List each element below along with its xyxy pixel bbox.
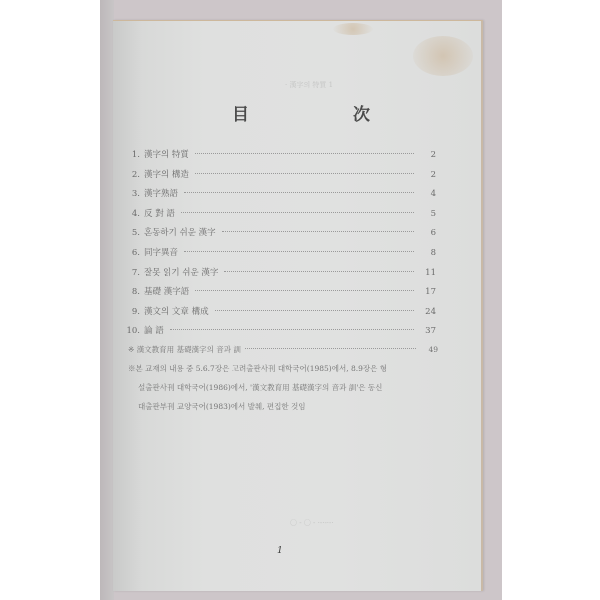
toc-number: 3. (118, 189, 144, 199)
leader-dots (245, 348, 416, 349)
leader-dots (170, 329, 414, 330)
toc-label: 잘못 읽기 쉬운 漢字 (144, 266, 224, 278)
source-note-line: ※본 교재의 내용 중 5.6.7장은 고려출판사刊 대학국어(1985)에서,… (128, 359, 438, 378)
toc-entry: 6.同字異音8 (118, 246, 436, 266)
toc-page-number: 5 (422, 209, 436, 219)
leader-dots (195, 290, 414, 291)
toc-entry: 1.漢字의 特質2 (118, 148, 436, 168)
page-stain (333, 23, 373, 35)
leader-dots (222, 231, 414, 232)
toc-label: 漢字熟語 (144, 187, 184, 199)
page-title: 目 次 (232, 100, 372, 125)
toc-number: 10. (118, 326, 144, 336)
toc-page-number: 4 (422, 189, 436, 199)
appendix-entry: ※ 漢文教育用 基礎漢字의 音과 訓 49 (128, 340, 438, 359)
toc-label: 漢文의 文章 構成 (144, 305, 215, 317)
table-of-contents: 1.漢字의 特質22.漢字의 構造23.漢字熟語44.反 對 語55.혼동하기 … (118, 148, 436, 344)
toc-entry: 8.基礎 漢字語17 (118, 285, 436, 305)
toc-label: 反 對 語 (144, 207, 181, 219)
toc-number: 5. (118, 228, 144, 238)
toc-page-number: 17 (422, 287, 436, 297)
leader-dots (184, 251, 414, 252)
toc-label: 基礎 漢字語 (144, 285, 195, 297)
toc-number: 6. (118, 248, 144, 258)
toc-label: 論 語 (144, 324, 170, 336)
toc-label: 혼동하기 쉬운 漢字 (144, 226, 222, 238)
appendix-page: 49 (424, 340, 438, 359)
toc-page-number: 8 (422, 248, 436, 258)
notes-section: ※ 漢文教育用 基礎漢字의 音과 訓 49 ※본 교재의 내용 중 5.6.7장… (128, 340, 438, 416)
page-stain (413, 36, 473, 76)
bleed-through-diagram: 〇 - 〇 - ·-·-·-· (290, 518, 334, 528)
title-char-1: 目 (232, 100, 251, 125)
leader-dots (224, 271, 414, 272)
leader-dots (195, 153, 414, 154)
source-note-line: 설출판사刊 대학국어(1986)에서, '漢文教育用 基礎漢字의 音과 訓'은 … (128, 378, 438, 397)
toc-entry: 2.漢字의 構造2 (118, 168, 436, 188)
toc-entry: 3.漢字熟語4 (118, 187, 436, 207)
toc-page-number: 24 (422, 307, 436, 317)
title-char-2: 次 (353, 100, 372, 125)
binding-shadow (100, 0, 114, 600)
toc-number: 1. (118, 150, 144, 160)
toc-number: 9. (118, 307, 144, 317)
reference-mark: ※ (128, 340, 134, 359)
leader-dots (215, 310, 414, 311)
toc-label: 漢字의 構造 (144, 168, 195, 180)
toc-entry: 7.잘못 읽기 쉬운 漢字11 (118, 266, 436, 286)
toc-entry: 9.漢文의 文章 構成24 (118, 305, 436, 325)
toc-entry: 5.혼동하기 쉬운 漢字6 (118, 226, 436, 246)
toc-number: 4. (118, 209, 144, 219)
toc-page-number: 2 (422, 170, 436, 180)
toc-page-number: 6 (422, 228, 436, 238)
toc-page-number: 11 (422, 268, 436, 278)
source-note-line: 대출판부刊 교양국어(1983)에서 발췌, 편집한 것임 (128, 397, 438, 416)
toc-page-number: 2 (422, 150, 436, 160)
toc-page-number: 37 (422, 326, 436, 336)
bleed-through-heading: · 漢字의 特質 1 (285, 80, 333, 90)
toc-label: 同字異音 (144, 246, 184, 258)
page-number: 1 (277, 546, 283, 556)
toc-number: 7. (118, 268, 144, 278)
toc-label: 漢字의 特質 (144, 148, 195, 160)
toc-number: 8. (118, 287, 144, 297)
leader-dots (181, 212, 414, 213)
leader-dots (184, 192, 414, 193)
toc-entry: 4.反 對 語5 (118, 207, 436, 227)
toc-number: 2. (118, 170, 144, 180)
leader-dots (195, 173, 414, 174)
appendix-label: 漢文教育用 基礎漢字의 音과 訓 (137, 340, 241, 359)
